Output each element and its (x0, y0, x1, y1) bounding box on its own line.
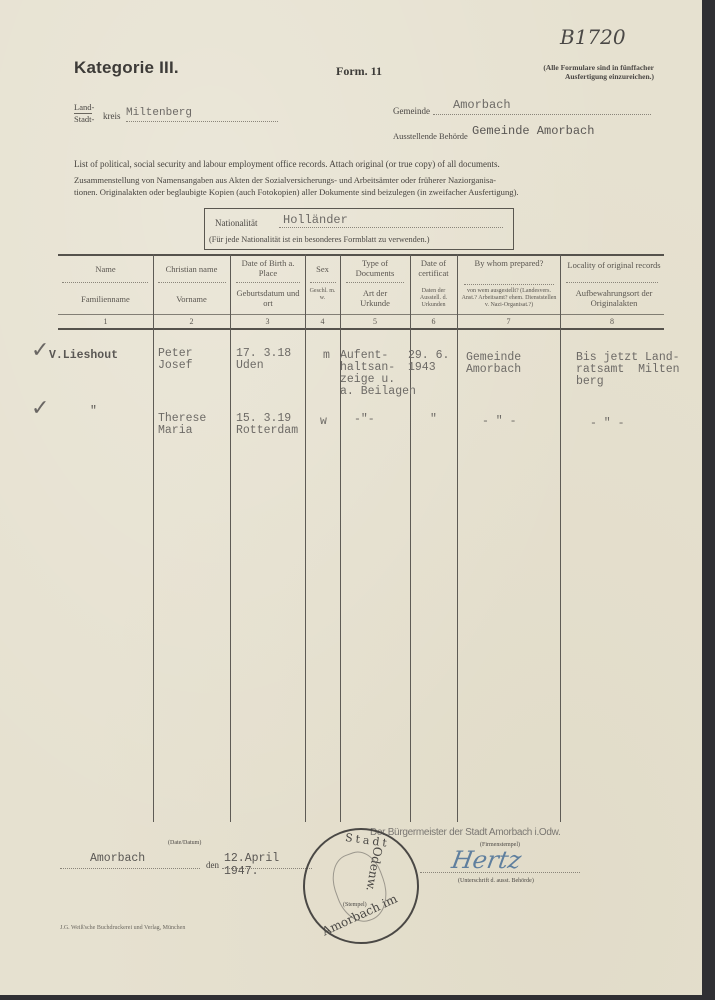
col-2-de: Vorname (153, 294, 230, 304)
col-1-de: Familienname (58, 294, 153, 304)
col-3-en: Date of Birth a. Place (232, 258, 304, 278)
nationality-note: (Für jede Nationalität ist ein besondere… (209, 235, 430, 244)
nationality-value: Holländer (283, 213, 348, 227)
row-cert-date: 29. 6. 1943 (408, 350, 449, 374)
intro-german-line1: Zusammenstellung von Namensangaben aus A… (74, 175, 664, 187)
nationality-box: Nationalität Holländer (Für jede Nationa… (204, 208, 514, 250)
intro-german: Zusammenstellung von Namensangaben aus A… (74, 175, 664, 198)
header-sep-4 (310, 282, 336, 283)
behoerde-label: Ausstellende Behörde (393, 131, 468, 141)
col-divider-5 (410, 254, 411, 822)
kreis-label: kreis (103, 111, 121, 121)
col-8-en: Locality of original records (566, 260, 662, 270)
table-top-rule (58, 254, 664, 256)
checkmark-icon: ✓ (31, 338, 49, 363)
nationality-field[interactable]: Holländer (279, 213, 503, 228)
stadt-label: Stadt- (74, 114, 94, 125)
col-divider-3 (305, 254, 306, 822)
header-sep-8 (566, 282, 658, 283)
archive-number: B1720 (560, 25, 626, 49)
col-7-num: 7 (457, 317, 560, 326)
header-sep-1 (62, 282, 148, 283)
copies-note: (Alle Formulare sind in fünffacher Ausfe… (488, 63, 654, 81)
col-divider-4 (340, 254, 341, 822)
behoerde-field[interactable]: Gemeinde Amorbach (472, 124, 652, 140)
col-4-num: 4 (305, 317, 340, 326)
col-divider-6 (457, 254, 458, 822)
place-field[interactable]: Amorbach (60, 852, 200, 869)
land-stadt-label: Land- Stadt- (74, 102, 94, 125)
row-christian-name: Therese Maria (158, 413, 206, 437)
signature-label: (Unterschrift d. ausst. Behörde) (458, 878, 534, 884)
row-cert-date: " (430, 414, 437, 426)
gemeinde-label: Gemeinde (393, 106, 430, 116)
row-sex: m (323, 350, 330, 362)
col-3-num: 3 (230, 317, 305, 326)
col-6-en: Date of certificat (410, 258, 457, 278)
table-header-rule (58, 314, 664, 315)
header-sep-7 (464, 284, 554, 285)
col-8-de: Aufbewahrungsort der Originalakten (566, 288, 662, 308)
intro-english: List of political, social security and l… (74, 159, 500, 171)
col-6-num: 6 (410, 317, 457, 326)
place-value: Amorbach (90, 852, 145, 865)
nationality-label: Nationalität (215, 218, 258, 228)
col-5-num: 5 (340, 317, 410, 326)
gemeinde-field[interactable]: Amorbach (433, 98, 651, 115)
official-seal: Stadt Odenw. Amorbach im (Stempel) (303, 828, 419, 944)
header-sep-5 (346, 282, 404, 283)
col-8-num: 8 (560, 317, 664, 326)
header-sep-3 (236, 282, 300, 283)
col-7-en: By whom prepared? (468, 258, 550, 268)
col-1-num: 1 (58, 317, 153, 326)
kreis-field[interactable]: Miltenberg (126, 107, 278, 122)
land-label: Land- (74, 102, 94, 113)
den-label: den (206, 860, 219, 870)
col-4-en: Sex (305, 264, 340, 274)
form-number: Form. 11 (336, 64, 382, 79)
date-value: 12.April 1947. (224, 852, 312, 878)
row-birth: 17. 3.18 Uden (236, 348, 291, 372)
col-4-de: Geschl. m. w. (308, 288, 337, 302)
header-sep-2 (158, 282, 226, 283)
row-locality: Bis jetzt Land- ratsamt Milten berg (576, 352, 680, 388)
category-title: Kategorie III. (74, 58, 179, 78)
signature: Hertz (450, 846, 524, 874)
behoerde-value: Gemeinde Amorbach (472, 124, 594, 138)
gemeinde-value: Amorbach (453, 98, 511, 112)
row-locality: - " - (590, 418, 625, 430)
row-christian-name: Peter Josef (158, 348, 193, 372)
printer-imprint: J.G. Weiß'sche Buchdruckerei und Verlag,… (60, 925, 185, 931)
copies-note-line2: Ausfertigung einzureichen.) (488, 72, 654, 81)
col-2-num: 2 (153, 317, 230, 326)
col-5-en: Type of Documents (342, 258, 408, 278)
document-page: B1720 Kategorie III. Form. 11 (Alle Form… (0, 0, 702, 995)
copies-note-line1: (Alle Formulare sind in fünffacher (488, 63, 654, 72)
authority-stamp: Der Bürgermeister der Stadt Amorbach i.O… (370, 827, 561, 838)
date-label: (Date/Datum) (168, 840, 201, 846)
col-7-de: von wem ausgestellt? (Landesvers. Anst.?… (459, 288, 559, 309)
row-doc-type: -"- (354, 414, 375, 426)
col-5-de: Art der Urkunde (348, 288, 402, 308)
row-doc-type: Aufent- haltsan- zeige u. a. Beilagen (340, 350, 416, 398)
col-3-de: Geburtsdatum und ort (232, 288, 304, 308)
col-divider-2 (230, 254, 231, 822)
table-number-rule (58, 328, 664, 330)
checkmark-icon: ✓ (31, 396, 49, 421)
row-sex: w (320, 416, 327, 428)
row-prepared-by: Gemeinde Amorbach (466, 352, 521, 376)
seal-label: (Stempel) (343, 902, 367, 908)
col-divider-1 (153, 254, 154, 822)
row-prepared-by: - " - (482, 416, 517, 428)
col-divider-7 (560, 254, 561, 822)
date-field[interactable]: 12.April 1947. (222, 852, 312, 869)
col-2-en: Christian name (153, 264, 230, 274)
row-name: V.Lieshout (49, 350, 118, 362)
row-name: " (90, 406, 97, 418)
intro-german-line2: tionen. Originalakten oder beglaubigte K… (74, 187, 664, 199)
row-birth: 15. 3.19 Rotterdam (236, 413, 298, 437)
col-1-en: Name (58, 264, 153, 274)
kreis-value: Miltenberg (126, 107, 192, 119)
col-6-de: Daten der Ausstell. d. Urkunden (412, 288, 455, 309)
